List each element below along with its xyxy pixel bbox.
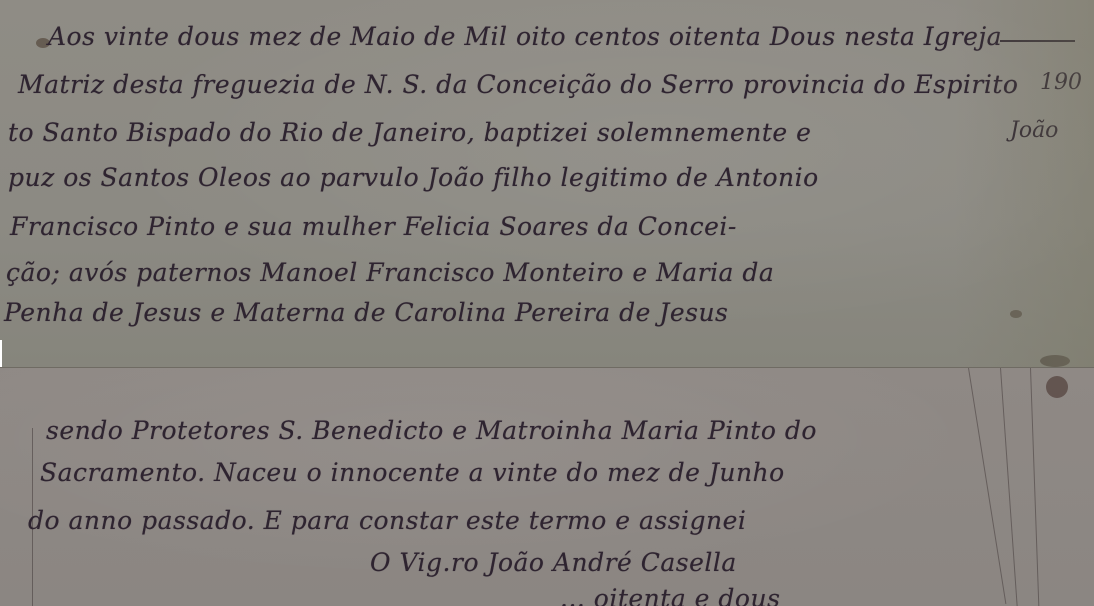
crop-edge <box>0 340 2 367</box>
record-line-5: Francisco Pinto e sua mulher Felicia Soa… <box>10 212 737 241</box>
record-line-10: do anno passado. E para constar este ter… <box>28 506 746 535</box>
record-line-4: puz os Santos Oleos ao parvulo João filh… <box>8 163 819 192</box>
record-line-8: sendo Protetores S. Benedicto e Matroinh… <box>46 416 817 445</box>
record-line-9: Sacramento. Naceu o innocente a vinte do… <box>40 458 785 487</box>
signature-line: O Vig.ro João André Casella <box>370 548 737 577</box>
page-fold-line <box>1000 368 1018 606</box>
page-fold-line <box>1030 368 1039 606</box>
page-fold-line <box>968 368 1006 604</box>
record-line-7: Penha de Jesus e Materna de Carolina Per… <box>4 298 728 327</box>
margin-name: João <box>1010 118 1058 143</box>
record-line-2: Matriz desta freguezia de N. S. da Conce… <box>18 70 1018 99</box>
record-line-3: to Santo Bispado do Rio de Janeiro, bapt… <box>8 118 811 147</box>
line-end-dash <box>1000 40 1075 42</box>
record-line-cutoff: ... oitenta e dous <box>560 584 780 606</box>
paper-stain <box>1040 355 1070 367</box>
document-photo-bottom: sendo Protetores S. Benedicto e Matroinh… <box>0 367 1094 606</box>
document-photo-top: Aos vinte dous mez de Maio de Mil oito c… <box>0 0 1094 367</box>
paper-tear <box>1046 376 1068 398</box>
entry-number: 190 <box>1040 70 1082 95</box>
record-line-6: ção; avós paternos Manoel Francisco Mont… <box>6 258 774 287</box>
paper-stain <box>1010 310 1022 318</box>
record-line-1: Aos vinte dous mez de Maio de Mil oito c… <box>48 22 1002 51</box>
